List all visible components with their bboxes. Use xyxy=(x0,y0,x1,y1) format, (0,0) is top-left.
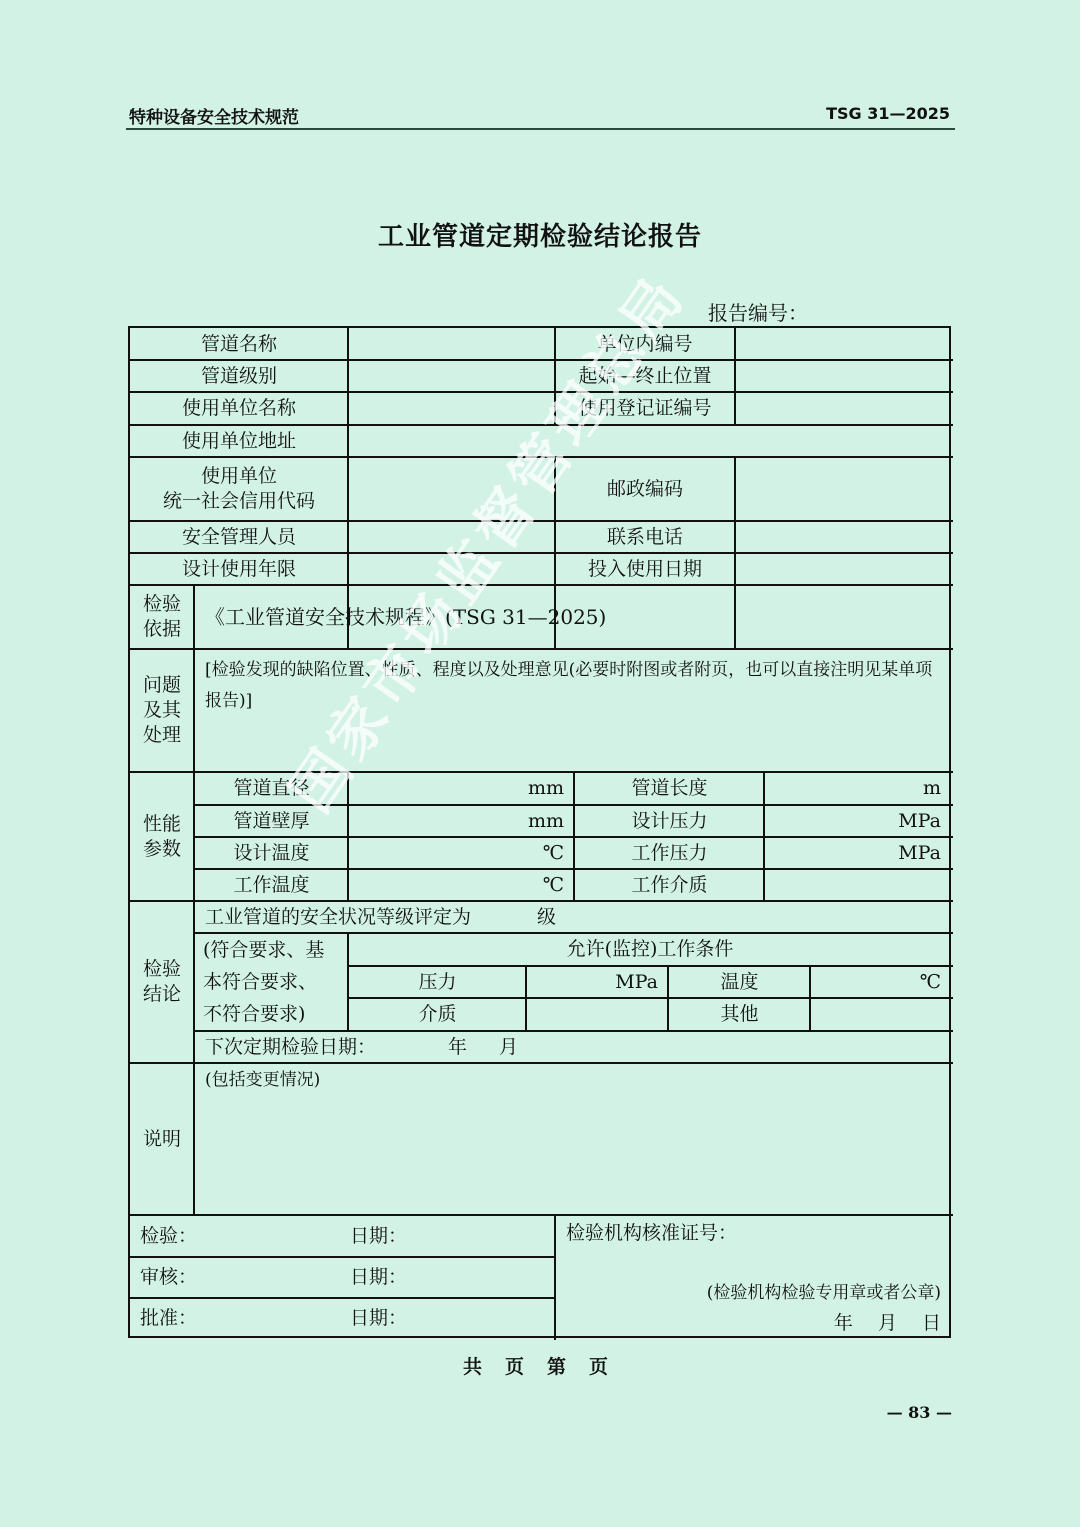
label-user-unit-address: 使用单位地址 xyxy=(130,425,348,457)
start-end-position-field[interactable] xyxy=(736,361,951,391)
issues-label-line1: 问题 xyxy=(143,673,181,698)
allowed-pressure-field[interactable]: MPa xyxy=(527,966,668,998)
allowed-other-field[interactable] xyxy=(811,999,951,1030)
allowed-medium-field[interactable] xyxy=(527,999,668,1030)
safety-grade-suffix: 级 xyxy=(537,905,556,930)
next-inspection-date-label: 下次定期检验日期： xyxy=(205,1035,376,1060)
issues-label-line3: 处理 xyxy=(143,723,181,748)
credit-code-field[interactable] xyxy=(349,458,554,520)
safety-manager-field[interactable] xyxy=(349,522,554,552)
label-notes: 说明 xyxy=(130,1063,194,1215)
label-reviewer: 审核： xyxy=(130,1257,348,1298)
label-credit-code: 使用单位 统一社会信用代码 xyxy=(130,457,348,521)
user-unit-name-field[interactable] xyxy=(349,393,554,424)
working-medium-field[interactable] xyxy=(765,870,951,900)
label-pipe-name: 管道名称 xyxy=(130,328,348,360)
label-inspector-date: 日期： xyxy=(340,1215,554,1257)
label-working-temperature: 工作温度 xyxy=(195,869,348,901)
allowed-conditions-heading: 允许(监控)工作条件 xyxy=(349,933,951,966)
label-design-pressure: 设计压力 xyxy=(575,805,764,837)
label-approver: 批准： xyxy=(130,1298,348,1338)
issues-label-line2: 及其 xyxy=(143,698,181,723)
label-working-medium: 工作介质 xyxy=(575,869,764,901)
page-header-right: TSG 31—2025 xyxy=(826,104,950,123)
working-pressure-field[interactable]: MPa xyxy=(765,837,951,869)
label-allowed-other: 其他 xyxy=(669,998,810,1031)
user-unit-address-field[interactable] xyxy=(349,426,951,456)
design-life-field[interactable] xyxy=(349,554,554,584)
header-rule xyxy=(126,128,955,130)
label-registration-cert-no: 使用登记证编号 xyxy=(555,392,735,425)
wall-thickness-field[interactable]: mm xyxy=(349,805,574,837)
performance-label-line2: 参数 xyxy=(143,837,181,862)
label-approver-date: 日期： xyxy=(340,1298,554,1338)
label-issues: 问题 及其 处理 xyxy=(130,649,194,772)
design-pressure-field[interactable]: MPa xyxy=(765,805,951,837)
unit-internal-no-field[interactable] xyxy=(736,328,951,359)
pipe-class-field[interactable] xyxy=(349,361,554,391)
seal-date[interactable]: 年 月 日 xyxy=(556,1308,951,1338)
next-inspection-year-label: 年 xyxy=(448,1035,467,1060)
credit-code-label-line1: 使用单位 xyxy=(201,464,277,489)
conclusion-label-line2: 结论 xyxy=(143,982,181,1007)
report-form-table: 管道名称 单位内编号 管道级别 起始—终止位置 使用单位名称 使用登记证编号 使… xyxy=(128,326,951,1338)
inspection-basis-value: 《工业管道安全技术规程》(TSG 31—2025) xyxy=(195,585,951,649)
label-commission-date: 投入使用日期 xyxy=(555,553,735,585)
label-start-end-position: 起始—终止位置 xyxy=(555,360,735,392)
label-performance: 性能 参数 xyxy=(130,772,194,901)
label-inspector: 检验： xyxy=(130,1215,348,1257)
conclusion-options-line2: 本符合要求、 xyxy=(203,966,317,998)
page-count: 共 页 第 页 xyxy=(463,1352,610,1379)
label-reviewer-date: 日期： xyxy=(340,1257,554,1298)
page-title: 工业管道定期检验结论报告 xyxy=(0,216,1080,253)
phone-field[interactable] xyxy=(736,522,951,552)
label-user-unit-name: 使用单位名称 xyxy=(130,392,348,425)
label-pipe-diameter: 管道直径 xyxy=(195,772,348,805)
conclusion-options: (符合要求、基 本符合要求、 不符合要求) xyxy=(195,933,348,1031)
label-working-pressure: 工作压力 xyxy=(575,837,764,869)
safety-grade-row[interactable]: 工业管道的安全状况等级评定为 级 xyxy=(195,901,951,933)
commission-date-field[interactable] xyxy=(736,554,951,584)
label-unit-internal-no: 单位内编号 xyxy=(555,328,735,360)
design-temperature-field[interactable]: ℃ xyxy=(349,837,574,869)
label-allowed-medium: 介质 xyxy=(349,998,526,1031)
page-number: — 83 — xyxy=(887,1403,952,1422)
label-allowed-temperature: 温度 xyxy=(669,966,810,998)
pipe-length-field[interactable]: m xyxy=(765,772,951,805)
label-wall-thickness: 管道壁厚 xyxy=(195,805,348,837)
seal-hint: (检验机构检验专用章或者公章) xyxy=(556,1278,951,1308)
performance-label-line1: 性能 xyxy=(143,812,181,837)
basis-label-line2: 依据 xyxy=(143,617,181,642)
safety-grade-prefix: 工业管道的安全状况等级评定为 xyxy=(205,905,471,930)
allowed-temperature-field[interactable]: ℃ xyxy=(811,966,951,998)
pipe-diameter-field[interactable]: mm xyxy=(349,772,574,805)
report-number-label: 报告编号： xyxy=(708,297,808,326)
pipe-name-field[interactable] xyxy=(349,328,554,359)
label-pipe-length: 管道长度 xyxy=(575,772,764,805)
notes-field[interactable]: (包括变更情况) xyxy=(195,1063,951,1214)
conclusion-label-line1: 检验 xyxy=(143,957,181,982)
label-design-life: 设计使用年限 xyxy=(130,553,348,585)
page-header-left: 特种设备安全技术规范 xyxy=(129,103,299,128)
label-conclusion: 检验 结论 xyxy=(130,901,194,1063)
conclusion-options-line1: (符合要求、基 xyxy=(203,934,324,966)
next-inspection-month-label: 月 xyxy=(499,1035,518,1060)
label-pipe-class: 管道级别 xyxy=(130,360,348,392)
conclusion-options-line3: 不符合要求) xyxy=(203,998,305,1030)
label-design-temperature: 设计温度 xyxy=(195,837,348,869)
basis-label-line1: 检验 xyxy=(143,592,181,617)
label-inspection-basis: 检验 依据 xyxy=(130,585,194,649)
working-temperature-field[interactable]: ℃ xyxy=(349,869,574,901)
next-inspection-date-row[interactable]: 下次定期检验日期： 年 月 xyxy=(195,1031,951,1063)
registration-cert-no-field[interactable] xyxy=(736,393,951,424)
issues-field[interactable]: [检验发现的缺陷位置、性质、程度以及处理意见(必要时附图或者附页，也可以直接注明… xyxy=(195,649,951,771)
label-postal-code: 邮政编码 xyxy=(555,457,735,521)
postal-code-field[interactable] xyxy=(736,458,951,520)
label-safety-manager: 安全管理人员 xyxy=(130,521,348,553)
label-allowed-pressure: 压力 xyxy=(349,966,526,998)
credit-code-label-line2: 统一社会信用代码 xyxy=(163,489,315,514)
label-phone: 联系电话 xyxy=(555,521,735,553)
label-approval-cert-no: 检验机构核准证号： xyxy=(556,1215,951,1255)
